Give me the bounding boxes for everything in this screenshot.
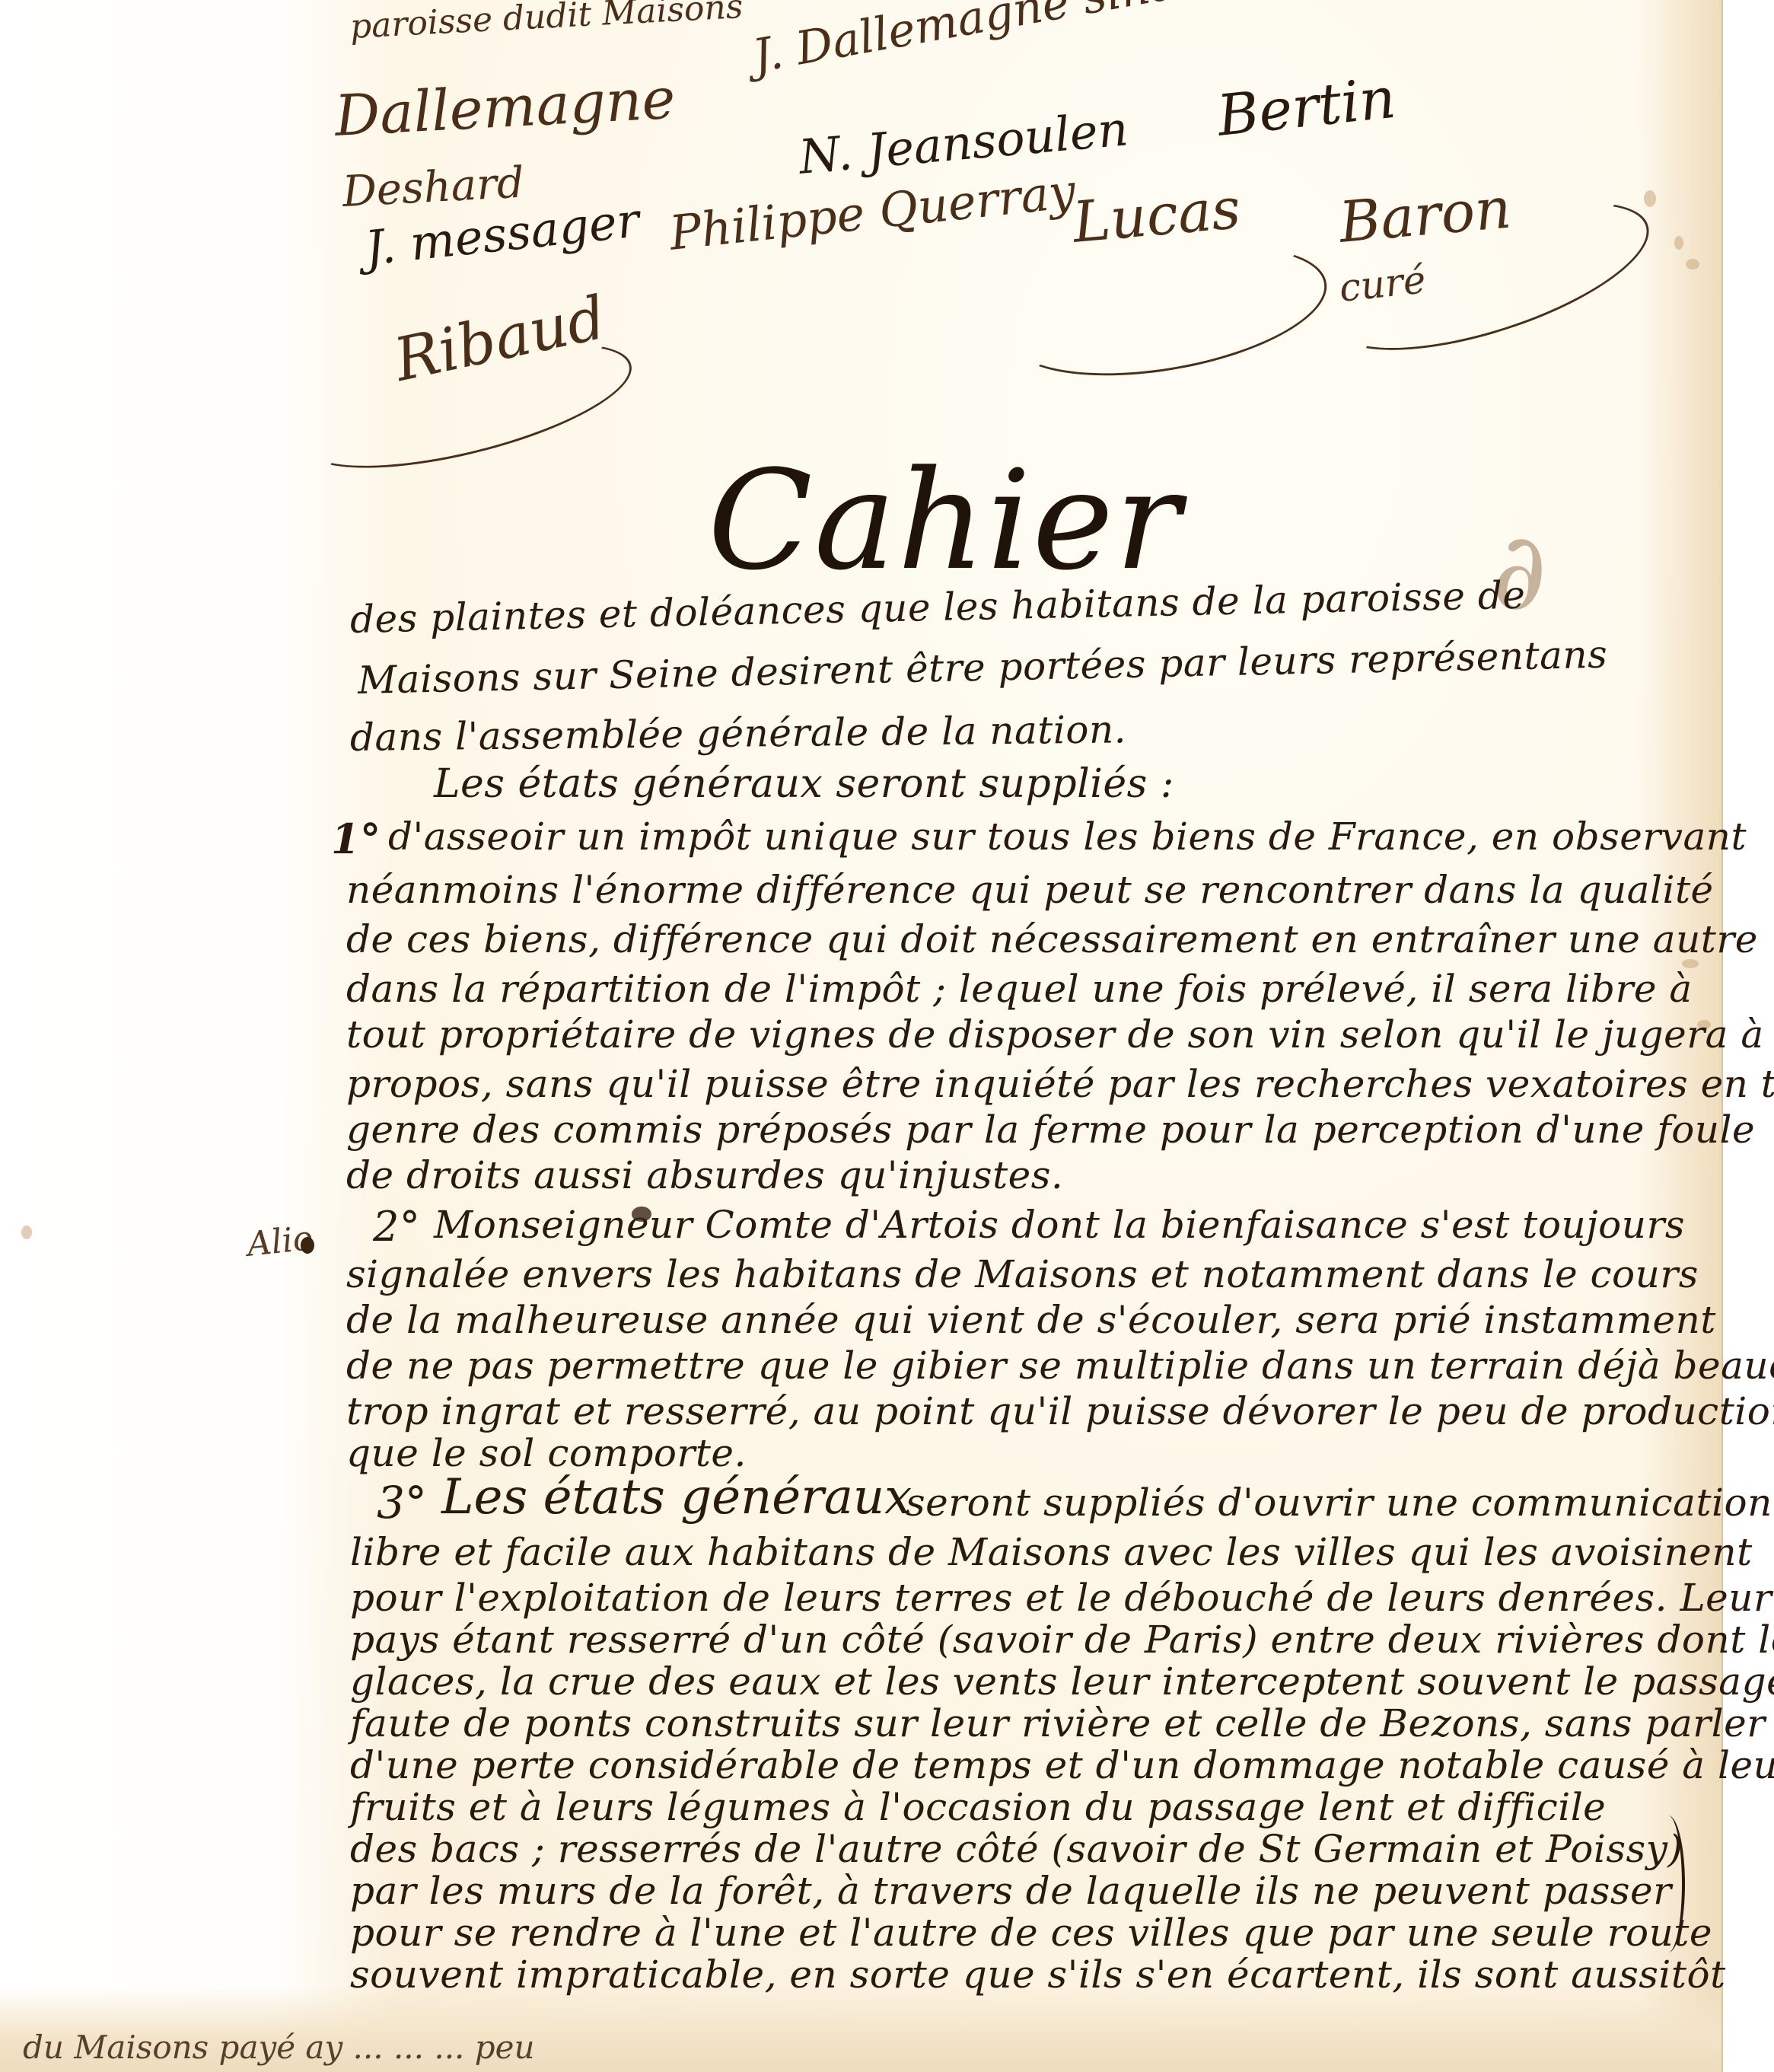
foxing-spot [1644, 190, 1656, 207]
article-line: dans la répartition de l'impôt ; lequel … [346, 967, 1693, 1011]
article-line: trop ingrat et resserré, au point qu'il … [346, 1389, 1774, 1433]
paper-left-margin [0, 0, 396, 2072]
article-line: propos, sans qu'il puisse être inquiété … [346, 1062, 1774, 1106]
foxing-spot [1674, 236, 1683, 250]
next-page-bleed-text: du Maisons payé ay ... ... ... peu [23, 2029, 535, 2066]
article-heading: Les états généraux [441, 1469, 912, 1525]
manuscript-page: paroisse dudit Maisons Dallemagne J. Dal… [0, 0, 1723, 2072]
signature-flourish [997, 224, 1337, 397]
signature-dallemagne-sindic: J. Dallemagne sindic [749, 0, 1222, 83]
article-line: Monseigneur Comte d'Artois dont la bienf… [434, 1203, 1685, 1247]
foxing-spot [21, 1226, 32, 1239]
article-number: 1° [331, 814, 381, 863]
article-number: 2° [373, 1203, 420, 1251]
article-line: pays étant resserré d'un côté (savoir de… [350, 1618, 1774, 1662]
article-line: souvent impraticable, en sorte que s'ils… [350, 1952, 1726, 1997]
article-line: signalée envers les habitans de Maisons … [346, 1252, 1699, 1296]
signature-jeansoulen: N. Jeansoulen [797, 100, 1130, 185]
article-line: glaces, la crue des eaux et les vents le… [350, 1659, 1774, 1704]
article-line: faute de ponts construits sur leur riviè… [350, 1701, 1766, 1745]
bracket-mark [1651, 1815, 1685, 1952]
article-line: d'une perte considérable de temps et d'u… [350, 1743, 1774, 1787]
article-line: de ces biens, différence qui doit nécess… [346, 917, 1758, 961]
page-title: Cahier [708, 441, 1182, 601]
ink-blot [301, 1237, 314, 1254]
article-line: de ne pas permettre que le gibier se mul… [346, 1344, 1774, 1388]
article-line: pour l'exploitation de leurs terres et l… [350, 1576, 1772, 1620]
foxing-spot [1686, 259, 1699, 269]
article-line: d'asseoir un impôt unique sur tous les b… [388, 814, 1747, 859]
article-number: 3° [377, 1477, 427, 1528]
article-line: libre et facile aux habitans de Maisons … [350, 1530, 1753, 1574]
ink-blot [632, 1207, 651, 1222]
signature-lucas: Lucas [1070, 176, 1243, 256]
intro-line: dans l'assemblée générale de la nation. [350, 707, 1127, 760]
article-line: de droits aussi absurdes qu'injustes. [346, 1153, 1063, 1197]
signature-fragment-top: paroisse dudit Maisons [349, 0, 744, 46]
article-line: des bacs ; resserrés de l'autre côté (sa… [350, 1827, 1683, 1871]
article-line: de la malheureuse année qui vient de s'é… [346, 1298, 1716, 1342]
article-line: fruits et à leurs légumes à l'occasion d… [350, 1785, 1606, 1829]
article-line: par les murs de la forêt, à travers de l… [350, 1869, 1672, 1913]
preamble-line: Les états généraux seront suppliés : [434, 761, 1174, 807]
article-line: seront suppliés d'ouvrir une communicati… [906, 1481, 1772, 1525]
article-line: pour se rendre à l'une et l'autre de ces… [350, 1911, 1712, 1955]
intro-line: Maisons sur Seine desirent être portées … [357, 633, 1607, 703]
signature-bertin: Bertin [1215, 65, 1399, 149]
article-line: genre des commis préposés par la ferme p… [346, 1108, 1755, 1152]
article-line: tout propriétaire de vignes de disposer … [346, 1012, 1764, 1057]
article-line: néanmoins l'énorme différence qui peut s… [346, 868, 1714, 912]
